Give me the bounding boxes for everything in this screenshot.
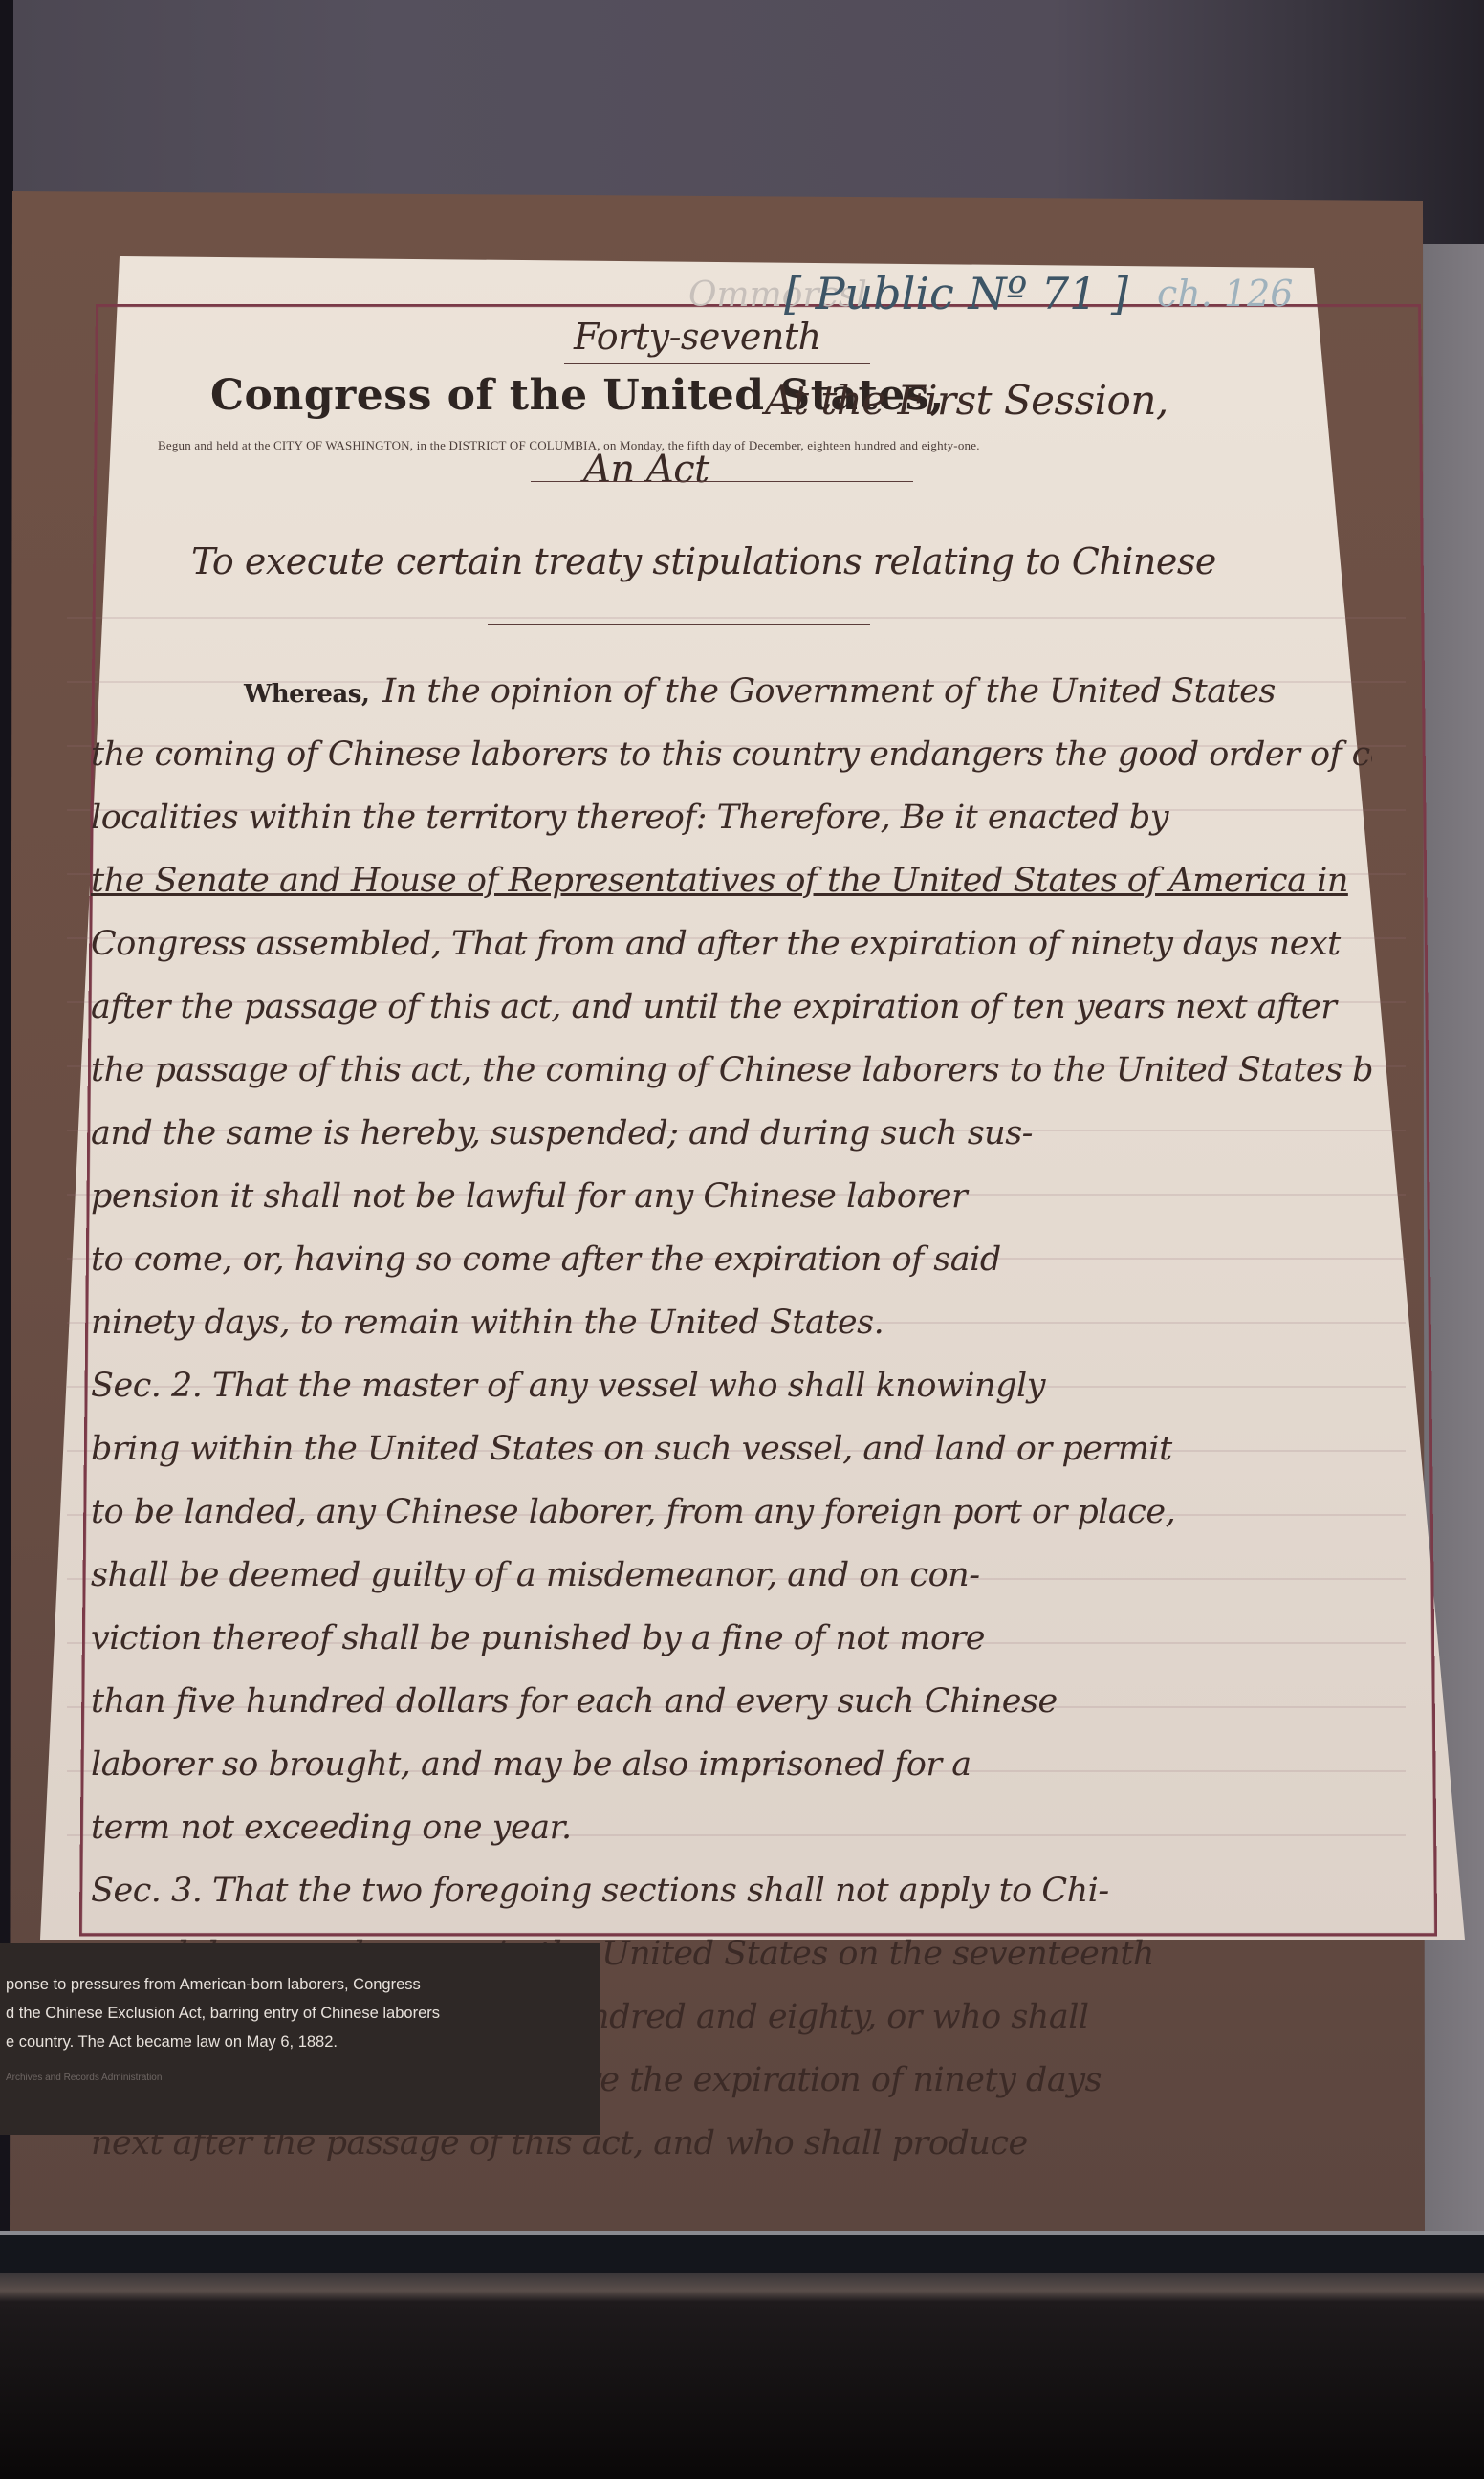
begun-line: Begun and held at the CITY OF WASHINGTON…: [158, 438, 980, 453]
body-line: the Senate and House of Representatives …: [91, 849, 1372, 912]
underline: [531, 481, 913, 482]
underline: [564, 363, 870, 364]
body-line: laborer so brought, and may be also impr…: [91, 1733, 1372, 1796]
congress-number: Forty-seventh: [574, 316, 821, 358]
whereas-label: Whereas,: [244, 680, 369, 709]
public-law-stamp: [ Public Nº 71 ]: [784, 268, 1128, 319]
body-line: after the passage of this act, and until…: [91, 976, 1372, 1039]
act-label: An Act: [583, 448, 709, 492]
case-ledge-reflection: [0, 2273, 1484, 2302]
session-label: At the First Session,: [765, 377, 1168, 424]
label-line: d the Chinese Exclusion Act, barring ent…: [6, 1999, 599, 2028]
body-line: Whereas,In the opinion of the Government…: [91, 660, 1372, 723]
body-line: term not exceeding one year.: [91, 1796, 1372, 1859]
body-line: than five hundred dollars for each and e…: [91, 1670, 1372, 1733]
label-line: ponse to pressures from American-born la…: [6, 1970, 599, 1999]
body-line: to be landed, any Chinese laborer, from …: [91, 1481, 1372, 1544]
body-line: shall be deemed guilty of a misdemeanor,…: [91, 1544, 1372, 1607]
body-line: viction thereof shall be punished by a f…: [91, 1607, 1372, 1670]
faint-annotation-right: ch. 126: [1157, 273, 1293, 315]
body-line: Sec. 2. That the master of any vessel wh…: [91, 1354, 1372, 1417]
act-purpose: To execute certain treaty stipulations r…: [191, 540, 1216, 582]
body-line: Congress assembled, That from and after …: [91, 912, 1372, 976]
body-line: Sec. 3. That the two foregoing sections …: [91, 1859, 1372, 1922]
label-line: e country. The Act became law on May 6, …: [6, 2028, 599, 2056]
case-ledge: [0, 2235, 1484, 2273]
body-line: localities within the territory thereof:…: [91, 786, 1372, 849]
body-line: and the same is hereby, suspended; and d…: [91, 1102, 1372, 1165]
divider: [488, 624, 870, 625]
body-line: pension it shall not be lawful for any C…: [91, 1165, 1372, 1228]
body-line: to come, or, having so come after the ex…: [91, 1228, 1372, 1291]
label-credit: Archives and Records Administration: [6, 2072, 599, 2085]
body-line: bring within the United States on such v…: [91, 1417, 1372, 1481]
exhibit-label: ponse to pressures from American-born la…: [6, 1970, 599, 2085]
body-line: ninety days, to remain within the United…: [91, 1291, 1372, 1354]
body-line: the coming of Chinese laborers to this c…: [91, 723, 1372, 786]
case-base: [0, 2302, 1484, 2479]
body-line: the passage of this act, the coming of C…: [91, 1039, 1372, 1102]
